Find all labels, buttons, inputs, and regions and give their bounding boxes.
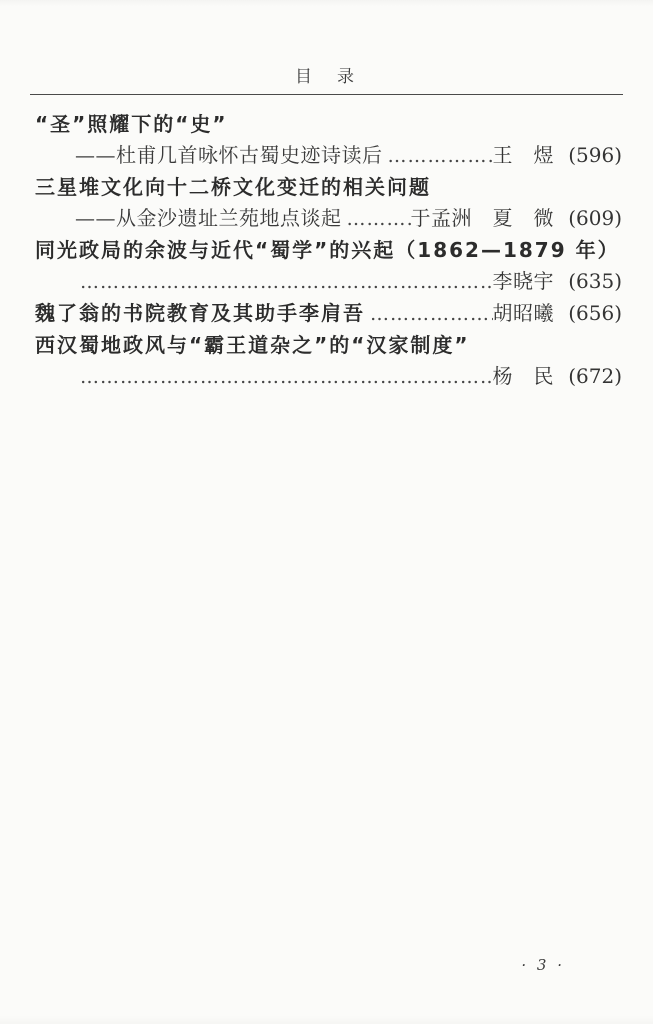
toc-header: 目 录	[0, 0, 653, 95]
entry-author: 杨 民	[493, 365, 555, 387]
leader-dots: ……………………………	[342, 208, 411, 230]
entry-title: “圣”照耀下的“史”	[35, 113, 228, 135]
toc-row: ………………………………………………………………… 杨 民 (672)	[35, 365, 622, 388]
page-number: · 3 ·	[521, 956, 565, 974]
book-page: 目 录 “圣”照耀下的“史” ——杜甫几首咏怀古蜀史迹诗读后 …………………………	[0, 0, 653, 1024]
toc-row: 魏了翁的书院教育及其助手李肩吾 …………………………………………………………………	[35, 302, 622, 325]
entry-author: 于孟洲 夏 微	[411, 207, 555, 229]
entry-author: 李晓宇	[493, 270, 555, 292]
toc-header-title: 目 录	[0, 62, 653, 87]
entry-title: 同光政局的余波与近代“蜀学”的兴起（1862—1879 年）	[35, 239, 620, 261]
entry-page-number: (672)	[560, 365, 622, 387]
toc-row: ——杜甫几首咏怀古蜀史迹诗读后 …………………………… 王 煜 (596)	[35, 144, 622, 167]
leader-dots: ……………………………	[383, 145, 493, 167]
entry-title: 魏了翁的书院教育及其助手李肩吾	[35, 302, 365, 324]
entry-page-number: (656)	[560, 302, 622, 324]
entry-title: 三星堆文化向十二桥文化变迁的相关问题	[35, 176, 431, 198]
toc-list: “圣”照耀下的“史” ——杜甫几首咏怀古蜀史迹诗读后 …………………………… 王…	[35, 113, 622, 388]
toc-row: 三星堆文化向十二桥文化变迁的相关问题	[35, 176, 622, 198]
leader-dots: …………………………………………………………………	[365, 303, 493, 325]
entry-page-number: (596)	[560, 144, 622, 166]
entry-subtitle: ——杜甫几首咏怀古蜀史迹诗读后	[75, 144, 383, 166]
entry-page-number: (635)	[560, 270, 622, 292]
entry-title: 西汉蜀地政风与“霸王道杂之”的“汉家制度”	[35, 334, 470, 356]
header-rule	[30, 94, 623, 95]
leader-dots: …………………………………………………………………	[75, 271, 493, 293]
toc-row: “圣”照耀下的“史”	[35, 113, 622, 135]
toc-row: ………………………………………………………………… 李晓宇 (635)	[35, 270, 622, 293]
leader-dots: …………………………………………………………………	[75, 366, 493, 388]
toc-row: ——从金沙遗址兰苑地点谈起 …………………………… 于孟洲 夏 微 (609)	[35, 207, 622, 230]
entry-author: 王 煜	[493, 144, 555, 166]
toc-row: 同光政局的余波与近代“蜀学”的兴起（1862—1879 年）	[35, 239, 622, 261]
entry-subtitle: ——从金沙遗址兰苑地点谈起	[75, 207, 342, 229]
entry-page-number: (609)	[560, 207, 622, 229]
entry-author: 胡昭曦	[493, 302, 555, 324]
toc-row: 西汉蜀地政风与“霸王道杂之”的“汉家制度”	[35, 334, 622, 356]
